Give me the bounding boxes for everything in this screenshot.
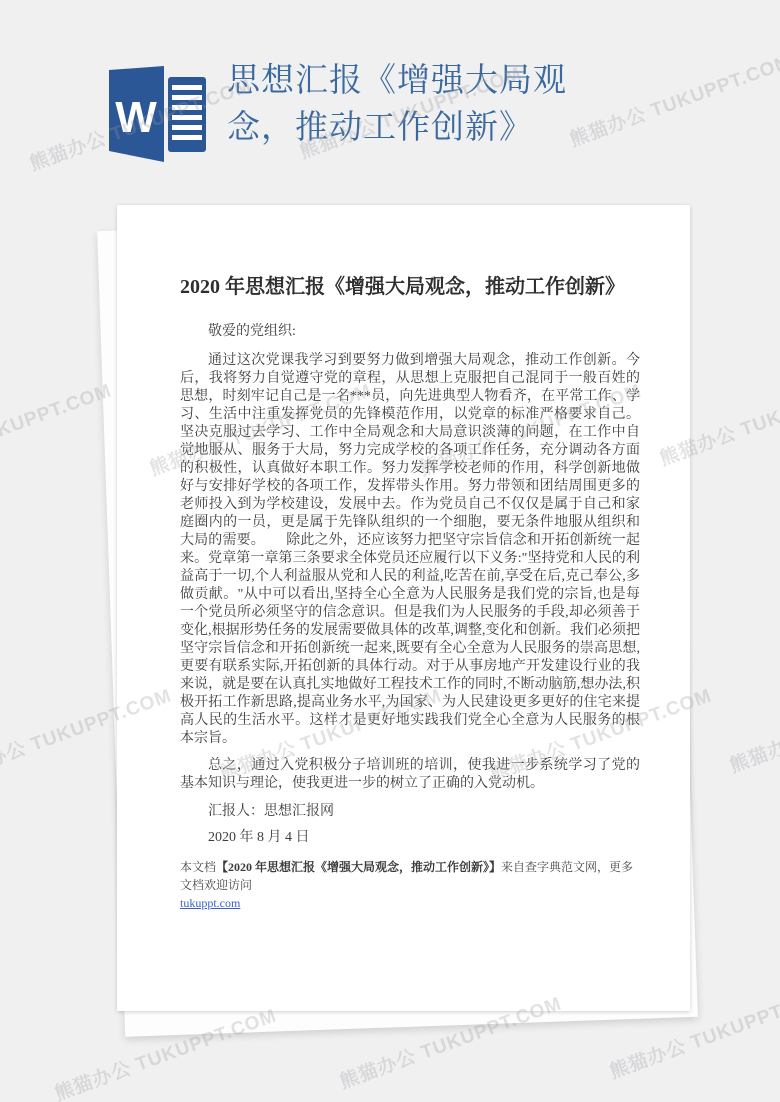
word-icon: W bbox=[104, 63, 212, 165]
footer-link[interactable]: tukuppt.com bbox=[180, 896, 240, 910]
page-background: W 思想汇报《增强大局观念，推动工作创新》 2020 年思想汇报《增强大局观念，… bbox=[0, 0, 780, 1102]
page-title: 思想汇报《增强大局观念，推动工作创新》 bbox=[227, 56, 583, 150]
footer-doc-ref: 【2020 年思想汇报《增强大局观念，推动工作创新》】 bbox=[216, 860, 501, 874]
header: W 思想汇报《增强大局观念，推动工作创新》 bbox=[0, 0, 780, 200]
document-paragraph: 通过这次党课我学习到要努力做到增强大局观念，推动工作创新。今后，我将努力自觉遵守… bbox=[180, 352, 640, 748]
watermark-text: 熊猫办公 TUKUPPT.COM bbox=[0, 376, 115, 482]
document-date: 2020 年 8 月 4 日 bbox=[180, 829, 640, 847]
footer-prefix: 本文档 bbox=[180, 860, 216, 874]
document-salutation: 敬爱的党组织: bbox=[180, 323, 640, 341]
document-signature: 汇报人：思想汇报网 bbox=[180, 803, 640, 821]
document-page: 2020 年思想汇报《增强大局观念，推动工作创新》 敬爱的党组织: 通过这次党课… bbox=[117, 205, 690, 1011]
document-footer: 本文档【2020 年思想汇报《增强大局观念，推动工作创新》】来自查字典范文网，更… bbox=[180, 858, 640, 912]
svg-text:W: W bbox=[115, 93, 157, 142]
watermark-text: 熊猫办公 TUKUPPT.COM bbox=[725, 673, 780, 779]
document-title: 2020 年思想汇报《增强大局观念，推动工作创新》 bbox=[180, 275, 640, 299]
document-paragraph: 总之，通过入党积极分子培训班的培训，使我进一步系统学习了党的基本知识与理论，使我… bbox=[180, 757, 640, 793]
